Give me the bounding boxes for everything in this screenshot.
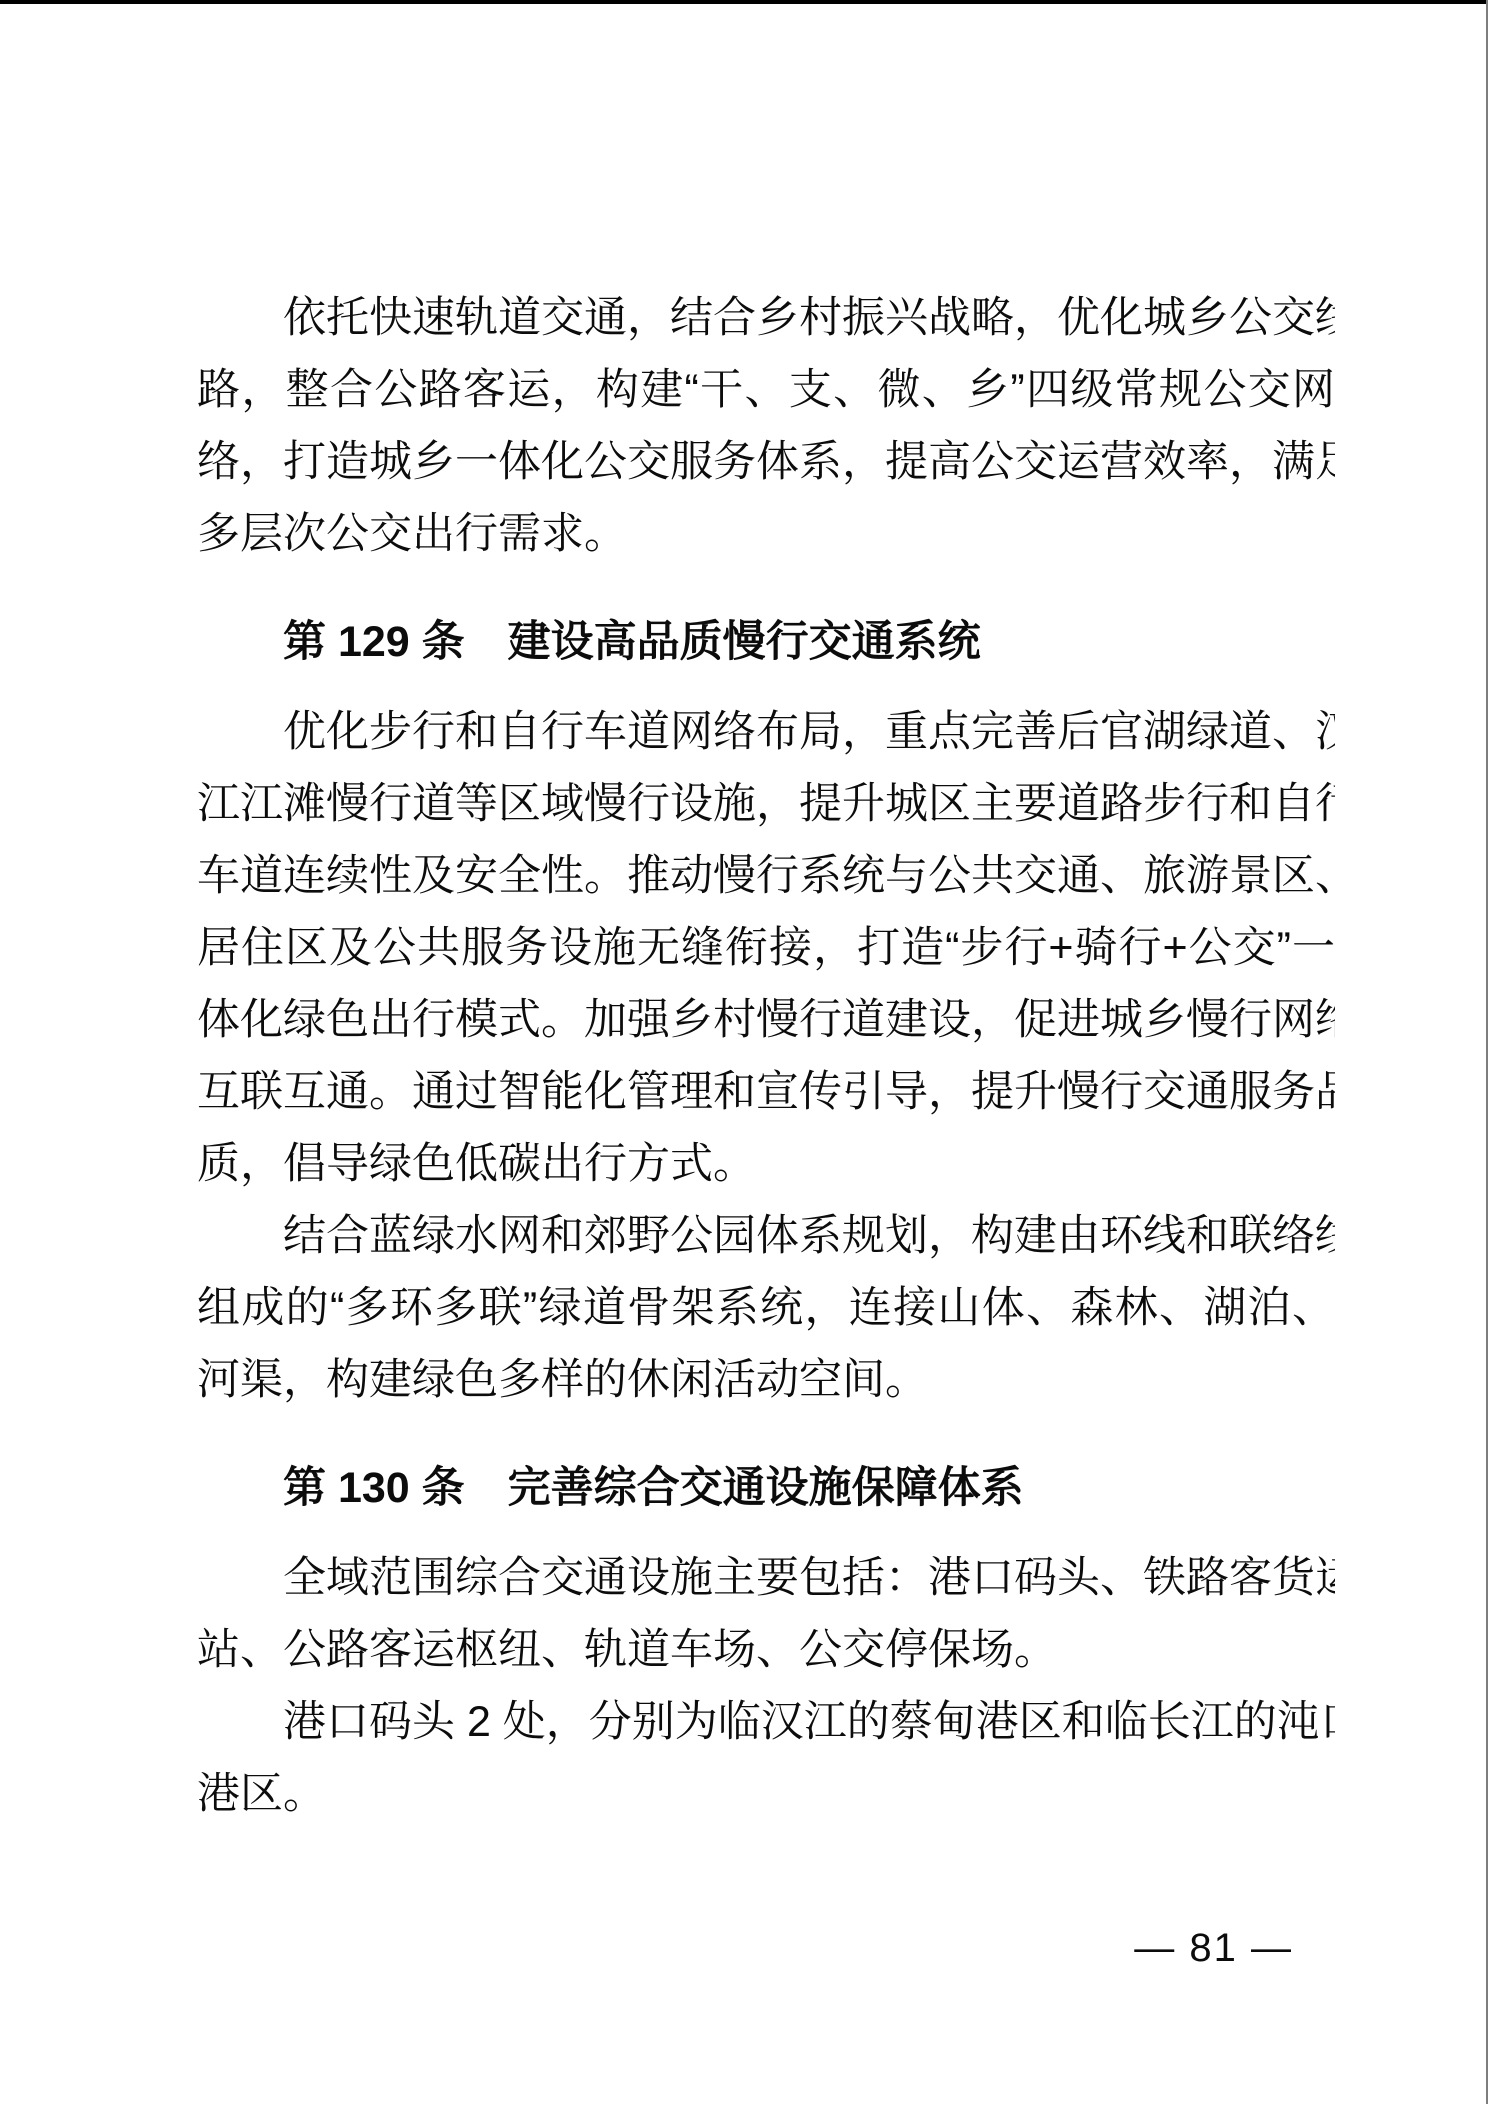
paragraph-line: 全域范围综合交通设施主要包括：港口码头、铁路客货运 xyxy=(197,1542,1335,1614)
paragraph-line: 结合蓝绿水网和郊野公园体系规划，构建由环线和联络线 xyxy=(197,1200,1335,1272)
paragraph-line: 互联互通。通过智能化管理和宣传引导，提升慢行交通服务品 xyxy=(197,1056,1335,1128)
paragraph-slow-traffic: 优化步行和自行车道网络布局，重点完善后官湖绿道、汉 江江滩慢行道等区域慢行设施，… xyxy=(197,696,1335,1200)
paragraph-bus-network: 依托快速轨道交通，结合乡村振兴战略，优化城乡公交线 路，整合公路客运，构建“干、… xyxy=(197,282,1335,570)
paragraph-line: 组成的“多环多联”绿道骨架系统，连接山体、森林、湖泊、 xyxy=(197,1272,1335,1344)
paragraph-line: 居住区及公共服务设施无缝衔接，打造“步行+骑行+公交”一 xyxy=(197,912,1335,984)
paragraph-line: 络，打造城乡一体化公交服务体系，提高公交运营效率，满足 xyxy=(197,426,1335,498)
paragraph-line: 优化步行和自行车道网络布局，重点完善后官湖绿道、汉 xyxy=(197,696,1335,768)
article-130-heading: 第 130 条 完善综合交通设施保障体系 xyxy=(197,1452,1335,1524)
paragraph-greenway: 结合蓝绿水网和郊野公园体系规划，构建由环线和联络线 组成的“多环多联”绿道骨架系… xyxy=(197,1200,1335,1416)
paragraph-line: 河渠，构建绿色多样的休闲活动空间。 xyxy=(197,1344,1335,1416)
paragraph-line: 质，倡导绿色低碳出行方式。 xyxy=(197,1128,1335,1200)
paragraph-line: 江江滩慢行道等区域慢行设施，提升城区主要道路步行和自行 xyxy=(197,768,1335,840)
paragraph-line: 车道连续性及安全性。推动慢行系统与公共交通、旅游景区、 xyxy=(197,840,1335,912)
document-page: 依托快速轨道交通，结合乡村振兴战略，优化城乡公交线 路，整合公路客运，构建“干、… xyxy=(197,282,1335,1984)
paragraph-line: 依托快速轨道交通，结合乡村振兴战略，优化城乡公交线 xyxy=(197,282,1335,354)
article-129-heading: 第 129 条 建设高品质慢行交通系统 xyxy=(197,606,1335,678)
paragraph-line: 路，整合公路客运，构建“干、支、微、乡”四级常规公交网 xyxy=(197,354,1335,426)
paragraph-ports: 港口码头 2 处，分别为临汉江的蔡甸港区和临长江的沌口 港区。 xyxy=(197,1686,1335,1830)
page-edge-top xyxy=(0,0,1488,4)
page-number: — 81 — xyxy=(197,1912,1335,1984)
paragraph-line: 站、公路客运枢纽、轨道车场、公交停保场。 xyxy=(197,1614,1335,1686)
paragraph-facilities: 全域范围综合交通设施主要包括：港口码头、铁路客货运 站、公路客运枢纽、轨道车场、… xyxy=(197,1542,1335,1686)
paragraph-line: 多层次公交出行需求。 xyxy=(197,498,1335,570)
paragraph-line: 体化绿色出行模式。加强乡村慢行道建设，促进城乡慢行网络 xyxy=(197,984,1335,1056)
paragraph-line: 港区。 xyxy=(197,1758,1335,1830)
paragraph-line: 港口码头 2 处，分别为临汉江的蔡甸港区和临长江的沌口 xyxy=(197,1686,1335,1758)
